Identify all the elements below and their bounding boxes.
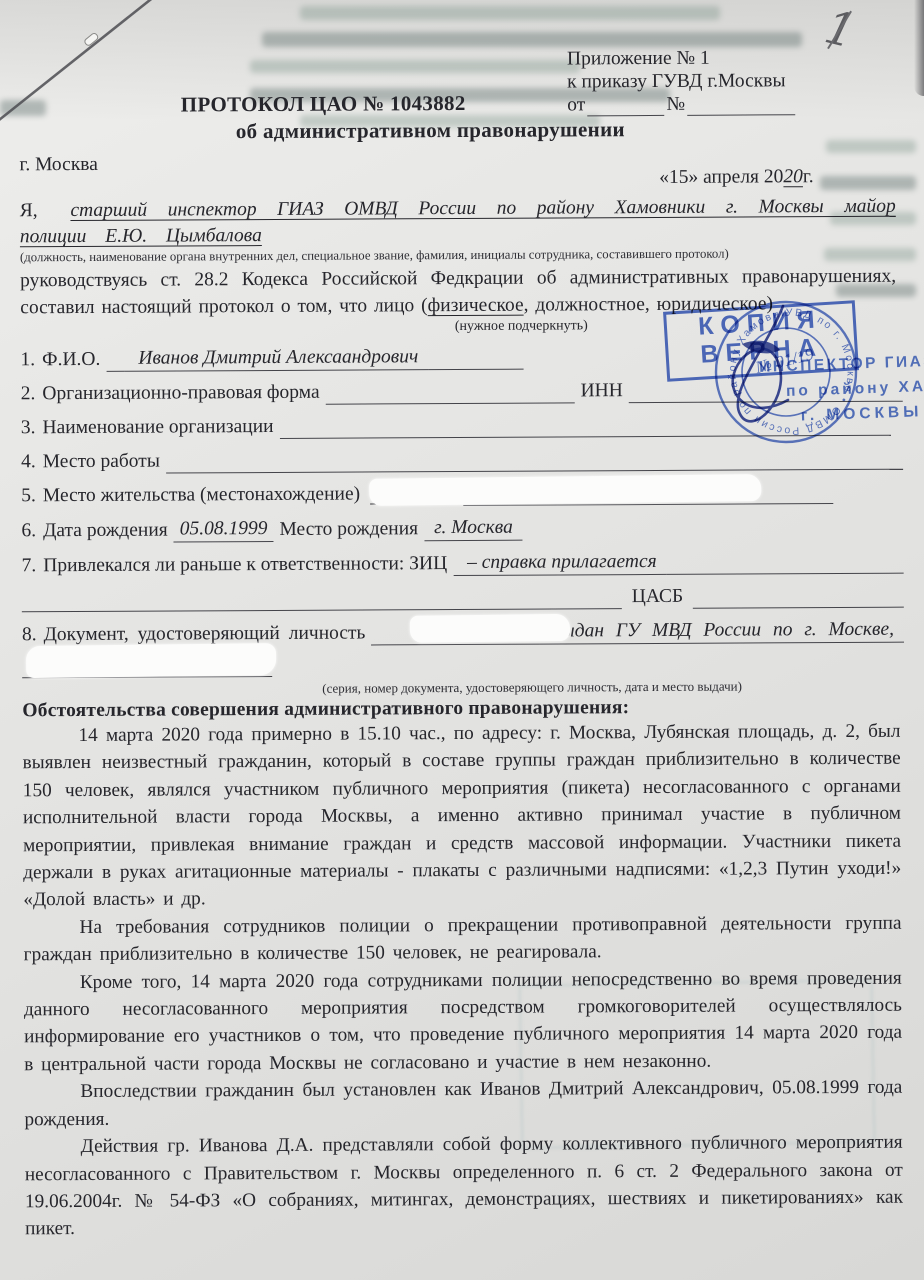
inspector-stamp: ИНСПЕКТОР ГИАЗ по району ХАМОВНИКИ г. МО…: [741, 349, 924, 431]
blank-line: [166, 445, 903, 474]
paragraph: Впоследствии гражданин был установлен ка…: [24, 1074, 902, 1133]
iddoc-value: выдан ГУ МВД России по г. Москве,: [539, 617, 904, 645]
paragraph: 14 марта 2020 года примерно в 15.10 час.…: [22, 718, 901, 914]
paragraph: На требования сотрудников полиции о прек…: [23, 910, 901, 969]
field-number: 3.: [21, 415, 36, 440]
handwritten-page-number: 1: [820, 0, 861, 59]
appendix-line1: Приложение № 1: [567, 46, 797, 70]
photographed-document: 1 Приложение № 1 к приказу ГУВД г.Москвы…: [0, 0, 924, 1280]
field-label: Место работы: [43, 449, 160, 475]
priors-value: – справка прилагается: [453, 549, 667, 576]
officer-name-value: старший инспектор ГИАЗ ОМВД России по ра…: [20, 196, 896, 248]
birthplace-value: г. Москва: [424, 515, 523, 542]
field-number: 1.: [20, 347, 35, 372]
date-blank: [587, 95, 664, 116]
city-date-row: г. Москва «15» апреля 2020г.: [19, 150, 901, 199]
field-workplace: 4. Место работы: [21, 445, 903, 475]
field-residence: 5. Место жительства (местонахождение) г.…: [21, 479, 903, 509]
appendix-block: Приложение № 1 к приказу ГУВД г.Москвы о…: [567, 46, 797, 116]
date-fill: 20: [783, 166, 803, 187]
protocol-subtitle: об административном правонарушении: [79, 115, 781, 146]
field-label: Ф.И.О.: [42, 347, 100, 372]
paragraph: Действия гр. Иванова Д.А. представляли с…: [25, 1129, 904, 1243]
blank-line: [106, 347, 124, 372]
number-blank: [687, 94, 795, 116]
field-number: 5.: [21, 483, 36, 508]
blank-line: [326, 378, 575, 404]
inspector-stamp-line3: г. МОСКВЫ: [800, 399, 924, 429]
field-number: 6.: [21, 518, 36, 543]
blank-line: [428, 345, 523, 370]
field-iddoc-line2: [22, 649, 904, 679]
city-label: г. Москва: [19, 154, 97, 176]
field-birth: 6. Дата рождения 05.08.1999 Место рожден…: [21, 513, 903, 544]
field-label: Привлекался ли раньше к ответственности:…: [43, 551, 447, 578]
field-label: Организационно-правовая форма: [42, 380, 319, 406]
blank-line: [667, 549, 904, 575]
date-prefix: «15» апреля 20: [659, 166, 783, 188]
field-priors-casb: ЦАСБ: [22, 583, 904, 613]
birth-date-value: 05.08.1999: [174, 516, 274, 543]
paragraph: Кроме того, 14 марта 2020 года сотрудник…: [24, 964, 903, 1078]
protocol-date: «15» апреля 2020г.: [659, 166, 814, 189]
field-number: 8.: [22, 622, 37, 647]
field-label: Место жительства (местонахождение): [43, 482, 360, 509]
blank-line: [693, 583, 904, 609]
redaction-whiteout: [26, 643, 276, 678]
inn-label: ИНН: [581, 378, 623, 403]
casb-label: ЦАСБ: [632, 584, 684, 609]
field-label: Дата рождения: [43, 518, 168, 544]
field-iddoc: 8. Документ, удостоверяющий личность выд…: [22, 617, 904, 648]
field-number: 2.: [21, 381, 36, 406]
officer-caption: (должность, наименование органа внутренн…: [20, 246, 902, 266]
date-suffix: г.: [803, 166, 814, 187]
iddoc-caption: (серия, номер документа, удостоверяющего…: [322, 678, 904, 696]
document-content: 1 Приложение № 1 к приказу ГУВД г.Москвы…: [0, 0, 924, 1280]
officer-line: Я, старший инспектор ГИАЗ ОМВД России по…: [20, 194, 896, 251]
redaction-whiteout: [410, 614, 570, 643]
from-label: от: [567, 93, 585, 116]
person-type-underlined: физическое: [428, 295, 524, 317]
birthplace-label: Место рождения: [279, 516, 418, 542]
blank-line: [22, 584, 622, 612]
fio-value: Иванов Дмитрий Алексаандрович: [124, 344, 428, 372]
appendix-line2: к приказу ГУВД г.Москвы: [567, 69, 797, 93]
circumstances-body: 14 марта 2020 года примерно в 15.10 час.…: [22, 718, 907, 1243]
redaction-whiteout: [369, 474, 761, 506]
field-number: 7.: [22, 553, 37, 578]
field-label: Наименование организации: [42, 414, 273, 440]
field-priors: 7. Привлекался ли раньше к ответственнос…: [22, 548, 904, 579]
appendix-order-line: от №: [567, 92, 797, 116]
ya-label: Я,: [20, 200, 38, 221]
number-label: №: [666, 93, 685, 116]
field-number: 4.: [21, 449, 36, 474]
